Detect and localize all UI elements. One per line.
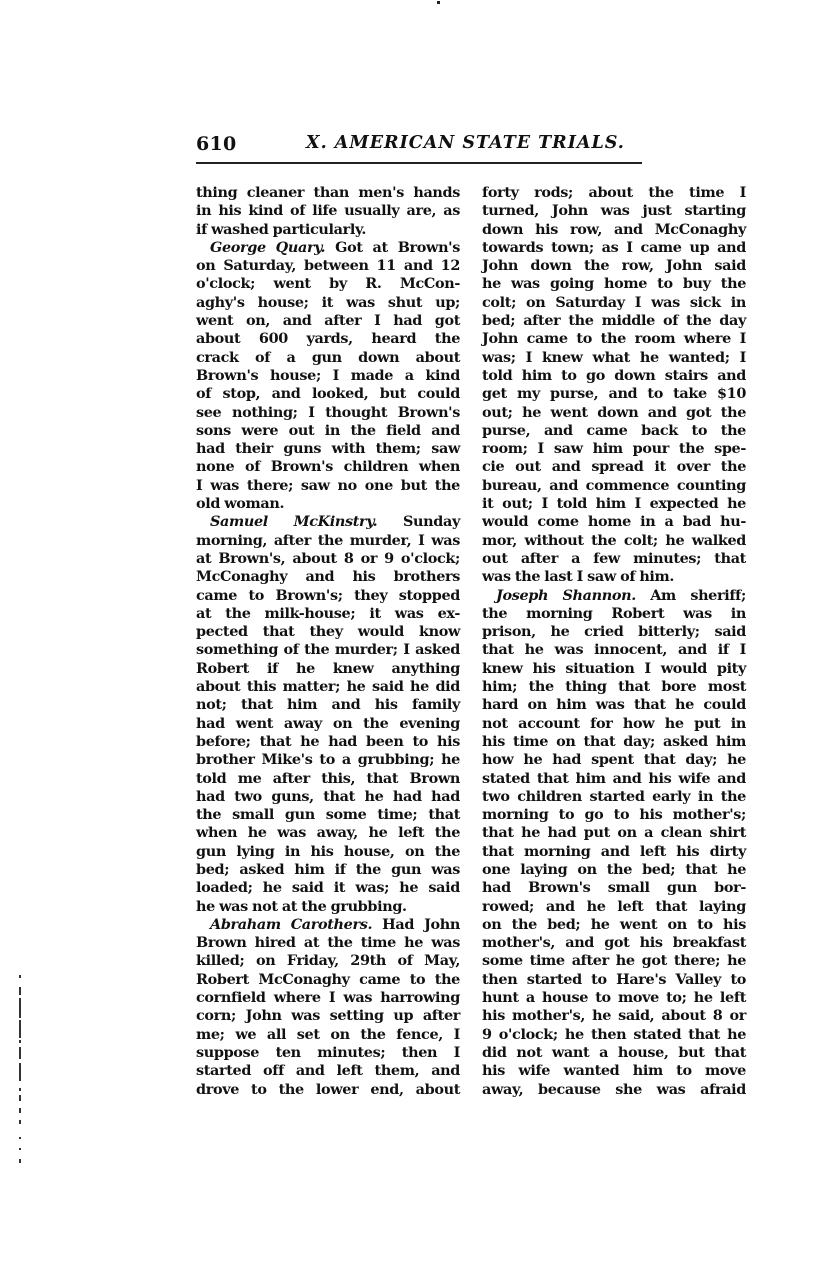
line-text: cie out and spread it over the xyxy=(482,458,746,475)
line-text: pected that they would know xyxy=(196,623,460,640)
text-line: thing cleaner than men's hands xyxy=(196,184,460,202)
text-line: of stop, and looked, but could xyxy=(196,385,460,403)
line-text: his time on that day; asked him xyxy=(482,733,746,750)
line-text: two children started early in the xyxy=(482,788,746,805)
line-text: told him to go down stairs and xyxy=(482,367,746,384)
text-line: how he had spent that day; he xyxy=(482,751,746,769)
text-line: morning, after the murder, I was xyxy=(196,532,460,550)
text-line: suppose ten minutes; then I xyxy=(196,1044,460,1062)
text-line: on Saturday, between 11 and 12 xyxy=(196,257,460,275)
text-line: brother Mike's to a grubbing; he xyxy=(196,751,460,769)
line-text: had their guns with them; saw xyxy=(196,440,460,457)
text-line: he was going home to buy the xyxy=(482,275,746,293)
right-column: forty rods; about the time Iturned, John… xyxy=(482,184,746,1099)
text-line: about this matter; he said he did xyxy=(196,678,460,696)
line-text: hard on him was that he could xyxy=(482,696,746,713)
page-number: 610 xyxy=(196,133,237,155)
text-line: get my purse, and to take $10 xyxy=(482,385,746,403)
line-text: aghy's house; it was shut up; xyxy=(196,294,460,311)
text-line: two children started early in the xyxy=(482,788,746,806)
text-line: came to Brown's; they stopped xyxy=(196,587,460,605)
running-title: X. AMERICAN STATE TRIALS. xyxy=(306,133,625,153)
line-text: about this matter; he said he did xyxy=(196,678,460,695)
witness-name: Samuel McKinstry. xyxy=(210,513,377,530)
line-text: at Brown's, about 8 or 9 o'clock; xyxy=(196,550,460,567)
line-text: hunt a house to move to; he left xyxy=(482,989,746,1006)
text-line: had two guns, that he had had xyxy=(196,788,460,806)
text-line: cie out and spread it over the xyxy=(482,458,746,476)
line-text: prison, he cried bitterly; said xyxy=(482,623,746,640)
text-line: him; the thing that bore most xyxy=(482,678,746,696)
line-text: suppose ten minutes; then I xyxy=(196,1044,460,1061)
text-line: not account for how he put in xyxy=(482,715,746,733)
line-text: if washed particularly. xyxy=(196,221,366,238)
line-text: Brown's house; I made a kind xyxy=(196,367,460,384)
line-text: Sunday xyxy=(377,513,460,530)
line-text: not account for how he put in xyxy=(482,715,746,732)
line-text: came to Brown's; they stopped xyxy=(196,587,460,604)
line-text: Got at Brown's xyxy=(325,239,460,256)
text-line: had Brown's small gun bor- xyxy=(482,879,746,897)
line-text: some time after he got there; he xyxy=(482,952,746,969)
text-line: none of Brown's children when xyxy=(196,458,460,476)
text-line: the morning Robert was in xyxy=(482,605,746,623)
line-text: was the last I saw of him. xyxy=(482,568,674,585)
line-text: see nothing; I thought Brown's xyxy=(196,404,460,421)
text-line: started off and left them, and xyxy=(196,1062,460,1080)
text-line: sons were out in the field and xyxy=(196,422,460,440)
text-line: John came to the room where I xyxy=(482,330,746,348)
text-line: knew his situation I would pity xyxy=(482,660,746,678)
text-line: that he had put on a clean shirt xyxy=(482,824,746,842)
line-text: morning to go to his mother's; xyxy=(482,806,746,823)
text-line: down his row, and McConaghy xyxy=(482,221,746,239)
line-text: turned, John was just starting xyxy=(482,202,746,219)
text-line: bed; asked him if the gun was xyxy=(196,861,460,879)
text-line: loaded; he said it was; he said xyxy=(196,879,460,897)
witness-paragraph-start: Samuel McKinstry. Sunday xyxy=(196,513,460,531)
text-line: did not want a house, but that xyxy=(482,1044,746,1062)
line-text: his wife wanted him to move xyxy=(482,1062,746,1079)
text-line: drove to the lower end, about xyxy=(196,1081,460,1099)
line-text: at the milk-house; it was ex- xyxy=(196,605,460,622)
line-text: the morning Robert was in xyxy=(482,605,746,622)
witness-paragraph-start: Joseph Shannon. Am sheriff; xyxy=(482,587,746,605)
line-text: Brown hired at the time he was xyxy=(196,934,460,951)
line-text: get my purse, and to take $10 xyxy=(482,385,746,402)
line-text: down his row, and McConaghy xyxy=(482,221,746,238)
line-text: sons were out in the field and xyxy=(196,422,460,439)
text-line: I was there; saw no one but the xyxy=(196,477,460,495)
line-text: the small gun some time; that xyxy=(196,806,460,823)
witness-paragraph-start: George Quary. Got at Brown's xyxy=(196,239,460,257)
text-line: stated that him and his wife and xyxy=(482,770,746,788)
line-text: started off and left them, and xyxy=(196,1062,460,1079)
text-line: told him to go down stairs and xyxy=(482,367,746,385)
text-line: see nothing; I thought Brown's xyxy=(196,404,460,422)
text-line: rowed; and he left that laying xyxy=(482,898,746,916)
text-line: before; that he had been to his xyxy=(196,733,460,751)
text-line: bureau, and commence counting xyxy=(482,477,746,495)
text-line: o'clock; went by R. McCon- xyxy=(196,275,460,293)
text-line: had went away on the evening xyxy=(196,715,460,733)
text-line: out; he went down and got the xyxy=(482,404,746,422)
line-text: had Brown's small gun bor- xyxy=(482,879,746,896)
line-text: was; I knew what he wanted; I xyxy=(482,349,746,366)
line-text: had two guns, that he had had xyxy=(196,788,460,805)
line-text: told me after this, that Brown xyxy=(196,770,460,787)
line-text: bureau, and commence counting xyxy=(482,477,746,494)
line-text: knew his situation I would pity xyxy=(482,660,746,677)
line-text: towards town; as I came up and xyxy=(482,239,746,256)
text-line: would come home in a bad hu- xyxy=(482,513,746,531)
line-text: Robert if he knew anything xyxy=(196,660,460,677)
line-text: cornfield where I was harrowing xyxy=(196,989,460,1006)
line-text: out; he went down and got the xyxy=(482,404,746,421)
line-text: him; the thing that bore most xyxy=(482,678,746,695)
text-line: something of the murder; I asked xyxy=(196,641,460,659)
line-text: that he had put on a clean shirt xyxy=(482,824,746,841)
text-line: Robert if he knew anything xyxy=(196,660,460,678)
text-line: that morning and left his dirty xyxy=(482,843,746,861)
text-line: crack of a gun down about xyxy=(196,349,460,367)
text-line: away, because she was afraid xyxy=(482,1081,746,1099)
text-line: Brown hired at the time he was xyxy=(196,934,460,952)
line-text: purse, and came back to the xyxy=(482,422,746,439)
text-line: gun lying in his house, on the xyxy=(196,843,460,861)
text-line: his mother's, he said, about 8 or xyxy=(482,1007,746,1025)
text-line: 9 o'clock; he then stated that he xyxy=(482,1026,746,1044)
line-text: then started to Hare's Valley to xyxy=(482,971,746,988)
witness-name: Joseph Shannon. xyxy=(496,587,636,604)
line-text: me; we all set on the fence, I xyxy=(196,1026,460,1043)
header-rule xyxy=(196,162,642,164)
line-text: when he was away, he left the xyxy=(196,824,460,841)
text-line: had their guns with them; saw xyxy=(196,440,460,458)
line-text: went on, and after I had got xyxy=(196,312,460,329)
text-line: on the bed; he went on to his xyxy=(482,916,746,934)
text-line: was the last I saw of him. xyxy=(482,568,746,586)
text-line: mor, without the colt; he walked xyxy=(482,532,746,550)
line-text: crack of a gun down about xyxy=(196,349,460,366)
text-line: that he was innocent, and if I xyxy=(482,641,746,659)
text-line: if washed particularly. xyxy=(196,221,460,239)
line-text: Robert McConaghy came to the xyxy=(196,971,460,988)
line-text: of stop, and looked, but could xyxy=(196,385,460,402)
text-line: hunt a house to move to; he left xyxy=(482,989,746,1007)
line-text: forty rods; about the time I xyxy=(482,184,746,201)
line-text: loaded; he said it was; he said xyxy=(196,879,460,896)
text-line: one laying on the bed; that he xyxy=(482,861,746,879)
text-line: out after a few minutes; that xyxy=(482,550,746,568)
text-line: aghy's house; it was shut up; xyxy=(196,294,460,312)
margin-scan-marks xyxy=(19,975,21,1175)
text-line: mother's, and got his breakfast xyxy=(482,934,746,952)
line-text: mother's, and got his breakfast xyxy=(482,934,746,951)
text-line: about 600 yards, heard the xyxy=(196,330,460,348)
line-text: McConaghy and his brothers xyxy=(196,568,460,585)
line-text: corn; John was setting up after xyxy=(196,1007,460,1024)
text-line: not; that him and his family xyxy=(196,696,460,714)
line-text: had went away on the evening xyxy=(196,715,460,732)
line-text: morning, after the murder, I was xyxy=(196,532,460,549)
line-text: bed; after the middle of the day xyxy=(482,312,746,329)
scan-speck xyxy=(437,1,440,4)
line-text: mor, without the colt; he walked xyxy=(482,532,746,549)
line-text: I was there; saw no one but the xyxy=(196,477,460,494)
line-text: would come home in a bad hu- xyxy=(482,513,746,530)
line-text: that he was innocent, and if I xyxy=(482,641,746,658)
line-text: he was going home to buy the xyxy=(482,275,746,292)
line-text: bed; asked him if the gun was xyxy=(196,861,460,878)
line-text: away, because she was afraid xyxy=(482,1081,746,1098)
line-text: colt; on Saturday I was sick in xyxy=(482,294,746,311)
text-line: bed; after the middle of the day xyxy=(482,312,746,330)
line-text: his mother's, he said, about 8 or xyxy=(482,1007,746,1024)
left-column: thing cleaner than men's handsin his kin… xyxy=(196,184,460,1099)
line-text: one laying on the bed; that he xyxy=(482,861,746,878)
text-line: Robert McConaghy came to the xyxy=(196,971,460,989)
witness-name: Abraham Carothers. xyxy=(210,916,372,933)
line-text: Had John xyxy=(372,916,460,933)
text-line: hard on him was that he could xyxy=(482,696,746,714)
line-text: gun lying in his house, on the xyxy=(196,843,460,860)
line-text: how he had spent that day; he xyxy=(482,751,746,768)
text-line: turned, John was just starting xyxy=(482,202,746,220)
text-line: McConaghy and his brothers xyxy=(196,568,460,586)
line-text: before; that he had been to his xyxy=(196,733,460,750)
line-text: not; that him and his family xyxy=(196,696,460,713)
text-line: colt; on Saturday I was sick in xyxy=(482,294,746,312)
text-line: corn; John was setting up after xyxy=(196,1007,460,1025)
line-text: it out; I told him I expected he xyxy=(482,495,746,512)
text-line: room; I saw him pour the spe- xyxy=(482,440,746,458)
text-line: it out; I told him I expected he xyxy=(482,495,746,513)
line-text: on the bed; he went on to his xyxy=(482,916,746,933)
text-line: some time after he got there; he xyxy=(482,952,746,970)
text-line: he was not at the grubbing. xyxy=(196,898,460,916)
text-line: his wife wanted him to move xyxy=(482,1062,746,1080)
text-line: morning to go to his mother's; xyxy=(482,806,746,824)
line-text: o'clock; went by R. McCon- xyxy=(196,275,460,292)
line-text: out after a few minutes; that xyxy=(482,550,746,567)
line-text: room; I saw him pour the spe- xyxy=(482,440,746,457)
line-text: killed; on Friday, 29th of May, xyxy=(196,952,460,969)
line-text: in his kind of life usually are, as xyxy=(196,202,460,219)
witness-paragraph-start: Abraham Carothers. Had John xyxy=(196,916,460,934)
text-line: the small gun some time; that xyxy=(196,806,460,824)
page-header: 610 X. AMERICAN STATE TRIALS. xyxy=(196,133,640,161)
text-line: cornfield where I was harrowing xyxy=(196,989,460,1007)
line-text: that morning and left his dirty xyxy=(482,843,746,860)
line-text: rowed; and he left that laying xyxy=(482,898,746,915)
line-text: 9 o'clock; he then stated that he xyxy=(482,1026,746,1043)
line-text: John down the row, John said xyxy=(482,257,746,274)
text-line: at the milk-house; it was ex- xyxy=(196,605,460,623)
text-line: in his kind of life usually are, as xyxy=(196,202,460,220)
text-line: purse, and came back to the xyxy=(482,422,746,440)
line-text: none of Brown's children when xyxy=(196,458,460,475)
text-line: told me after this, that Brown xyxy=(196,770,460,788)
line-text: on Saturday, between 11 and 12 xyxy=(196,257,460,274)
text-line: towards town; as I came up and xyxy=(482,239,746,257)
line-text: Am sheriff; xyxy=(636,587,746,604)
text-line: forty rods; about the time I xyxy=(482,184,746,202)
line-text: John came to the room where I xyxy=(482,330,746,347)
text-line: me; we all set on the fence, I xyxy=(196,1026,460,1044)
line-text: drove to the lower end, about xyxy=(196,1081,460,1098)
line-text: thing cleaner than men's hands xyxy=(196,184,460,201)
line-text: about 600 yards, heard the xyxy=(196,330,460,347)
line-text: old woman. xyxy=(196,495,284,512)
text-line: went on, and after I had got xyxy=(196,312,460,330)
text-line: his time on that day; asked him xyxy=(482,733,746,751)
text-line: killed; on Friday, 29th of May, xyxy=(196,952,460,970)
line-text: something of the murder; I asked xyxy=(196,641,460,658)
text-line: prison, he cried bitterly; said xyxy=(482,623,746,641)
text-line: when he was away, he left the xyxy=(196,824,460,842)
text-line: John down the row, John said xyxy=(482,257,746,275)
text-line: Brown's house; I made a kind xyxy=(196,367,460,385)
text-line: old woman. xyxy=(196,495,460,513)
text-line: was; I knew what he wanted; I xyxy=(482,349,746,367)
line-text: brother Mike's to a grubbing; he xyxy=(196,751,460,768)
line-text: did not want a house, but that xyxy=(482,1044,746,1061)
witness-name: George Quary. xyxy=(210,239,325,256)
text-line: then started to Hare's Valley to xyxy=(482,971,746,989)
text-line: at Brown's, about 8 or 9 o'clock; xyxy=(196,550,460,568)
line-text: he was not at the grubbing. xyxy=(196,898,407,915)
line-text: stated that him and his wife and xyxy=(482,770,746,787)
text-line: pected that they would know xyxy=(196,623,460,641)
